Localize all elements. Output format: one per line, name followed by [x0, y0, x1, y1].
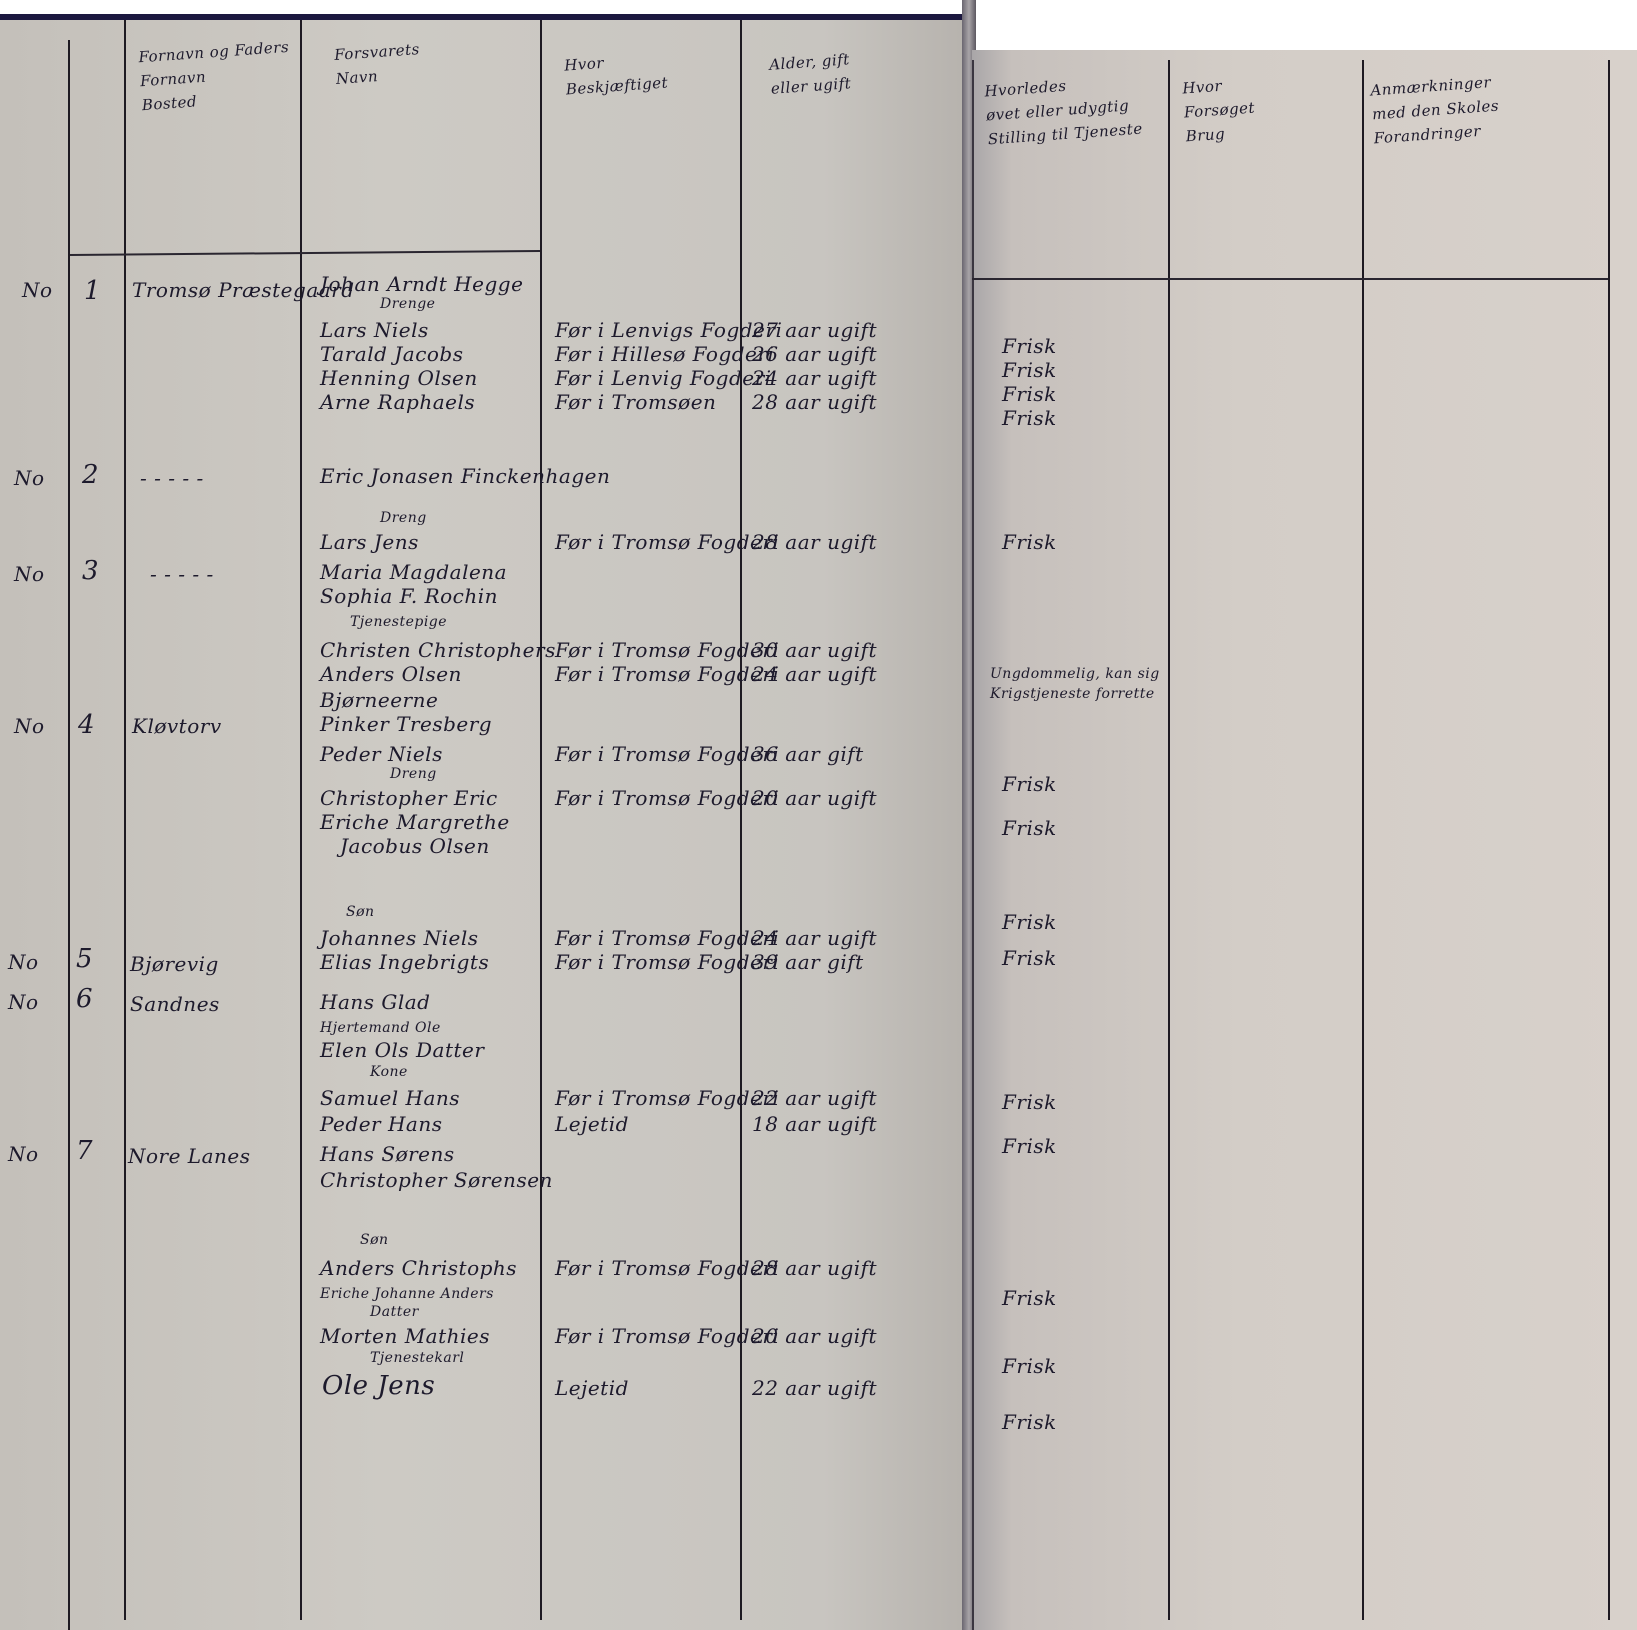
entry-age: 18 aar ugift [752, 1112, 877, 1136]
entry-number: 5 [76, 944, 93, 974]
entry-place: - - - - - [140, 466, 204, 490]
entry-title: Søn [346, 904, 375, 920]
header-age-status: Alder, gift eller ugift [768, 47, 852, 101]
entry-occupation: Før i Tromsø Fogderi [555, 950, 779, 974]
entry-age: 22 aar ugift [752, 1376, 877, 1400]
entry-no-label: No [8, 1142, 39, 1166]
entry-age: 24 aar ugift [752, 926, 877, 950]
header-use: Hvor Forsøget Brug [1182, 72, 1258, 149]
fitness-mark: Frisk [1002, 910, 1057, 934]
column-rule [68, 40, 70, 1630]
entry-title: Datter [370, 1304, 419, 1320]
entry-occupation: Før i Tromsø Fogderi [555, 1324, 779, 1348]
entry-name: Pinker Tresberg [320, 712, 492, 736]
entry-name: Tarald Jacobs [320, 342, 464, 366]
entry-occupation: Før i Hillesø Fogderi [555, 342, 774, 366]
entry-age: 20 aar ugift [752, 786, 877, 810]
fitness-mark: Frisk [1002, 816, 1057, 840]
entry-name: Anders Olsen [320, 662, 462, 686]
entry-age: 20 aar ugift [752, 1324, 877, 1348]
entry-name: Hans Glad [320, 990, 430, 1014]
fitness-mark: Frisk [1002, 1134, 1057, 1158]
entry-name: Eriche Margrethe [320, 810, 510, 834]
fitness-mark: Frisk [1002, 382, 1057, 406]
entry-occupation: Lejetid [555, 1376, 629, 1400]
column-rule [1362, 60, 1364, 1620]
right-ledger-page: Hvorledes øvet eller udygtig Stilling ti… [972, 50, 1637, 1630]
entry-age: 30 aar ugift [752, 638, 877, 662]
entry-name: Bjørneerne [320, 688, 438, 712]
entry-title: Søn [360, 1232, 389, 1248]
entry-name: Lars Niels [320, 318, 429, 342]
fitness-mark: Frisk [1002, 772, 1057, 796]
entry-occupation: Før i Tromsø Fogderi [555, 1256, 779, 1280]
column-rule [972, 60, 974, 1630]
entry-age: 39 aar gift [752, 950, 864, 974]
entry-number: 1 [84, 276, 101, 306]
entry-name: Peder Niels [320, 742, 443, 766]
entry-name: Morten Mathies [320, 1324, 490, 1348]
fitness-mark: Frisk [1002, 1286, 1057, 1310]
entry-age: 27 aar ugift [752, 318, 877, 342]
entry-no-label: No [14, 562, 45, 586]
entry-place: Nore Lanes [128, 1144, 250, 1168]
entry-age: 28 aar ugift [752, 1256, 877, 1280]
fitness-mark: Frisk [1002, 1090, 1057, 1114]
entry-title: Tjenestepige [350, 614, 447, 630]
entry-name: Henning Olsen [320, 366, 478, 390]
entry-name: Sophia F. Rochin [320, 584, 498, 608]
entry-name: Lars Jens [320, 530, 419, 554]
entry-number: 2 [82, 460, 99, 490]
entry-no-label: No [14, 714, 45, 738]
entry-title: Dreng [390, 766, 437, 782]
fitness-mark: Frisk [1002, 334, 1057, 358]
entry-number: 3 [82, 556, 99, 586]
fitness-note: Ungdommelig, kan sig Krigstjeneste forre… [990, 664, 1160, 704]
entry-age: 28 aar ugift [752, 390, 877, 414]
entry-no-label: No [8, 990, 39, 1014]
entry-no-label: No [8, 950, 39, 974]
entry-title: Tjenestekarl [370, 1350, 464, 1366]
fitness-mark: Frisk [1002, 530, 1057, 554]
entry-occupation: Før i Lenvig Fogderi [555, 366, 772, 390]
entry-occupation: Før i Tromsø Fogderi [555, 530, 779, 554]
left-ledger-page: Fornavn og Faders Fornavn Bosted Forsvar… [0, 14, 968, 1630]
entry-name: Johannes Niels [320, 926, 478, 950]
header-fitness: Hvorledes øvet eller udygtig Stilling ti… [984, 69, 1144, 152]
entry-place: Sandnes [130, 992, 220, 1016]
entry-name: Elias Ingebrigts [320, 950, 489, 974]
entry-place: - - - - - [150, 562, 214, 586]
header-name: Forsvarets Navn [333, 37, 422, 91]
entry-name: Peder Hans [320, 1112, 442, 1136]
entry-occupation: Før i Tromsø Fogderi [555, 786, 779, 810]
column-rule [124, 20, 126, 1620]
entry-occupation: Før i Tromsø Fogderi [555, 638, 779, 662]
entry-name: Ole Jens [322, 1374, 435, 1398]
column-rule [740, 20, 742, 1620]
entry-occupation: Før i Tromsøen [555, 390, 716, 414]
entry-place: Bjørevig [130, 952, 219, 976]
entry-title: Dreng [380, 510, 427, 526]
entry-title: Kone [370, 1064, 408, 1080]
entry-age: 24 aar ugift [752, 366, 877, 390]
entry-age: 24 aar ugift [752, 662, 877, 686]
column-rule [1168, 60, 1170, 1620]
entry-name: Hjertemand Ole [320, 1016, 441, 1040]
entry-name: Jacobus Olsen [340, 834, 490, 858]
fitness-mark: Frisk [1002, 1354, 1057, 1378]
entry-occupation: Før i Tromsø Fogderi [555, 926, 779, 950]
entry-name: Arne Raphaels [320, 390, 475, 414]
header-rule [70, 250, 540, 256]
entry-name: Samuel Hans [320, 1086, 460, 1110]
column-rule [1608, 60, 1610, 1620]
column-rule [300, 20, 302, 1620]
entry-name: Christopher Eric [320, 786, 498, 810]
fitness-mark: Frisk [1002, 1410, 1057, 1434]
column-rule [540, 20, 542, 1620]
entry-age: 26 aar ugift [752, 342, 877, 366]
entry-title: Drenge [380, 296, 435, 312]
fitness-mark: Frisk [1002, 406, 1057, 430]
header-residence: Fornavn og Faders Fornavn Bosted [138, 35, 294, 117]
header-occupation: Hvor Beskjæftiget [563, 46, 668, 101]
entry-place: Kløvtorv [132, 714, 222, 738]
fitness-mark: Frisk [1002, 946, 1057, 970]
entry-age: 36 aar gift [752, 742, 864, 766]
entry-occupation: Lejetid [555, 1112, 629, 1136]
entry-name: Christopher Sørensen [320, 1168, 553, 1192]
entry-name: Christen Christophers [320, 638, 556, 662]
entry-occupation: Før i Tromsø Fogderi [555, 742, 779, 766]
entry-name: Elen Ols Datter [320, 1038, 484, 1062]
header-rule [972, 278, 1608, 280]
entry-no-label: No [14, 466, 45, 490]
entry-occupation: Før i Lenvigs Fogderi [555, 318, 782, 342]
entry-number: 7 [76, 1136, 93, 1166]
fitness-mark: Frisk [1002, 358, 1057, 382]
entry-name: Hans Sørens [320, 1142, 455, 1166]
entry-age: 28 aar ugift [752, 530, 877, 554]
entry-name: Eriche Johanne Anders [320, 1282, 494, 1306]
entry-name: Maria Magdalena [320, 560, 507, 584]
entry-occupation: Før i Tromsø Fogderi [555, 662, 779, 686]
entry-number: 4 [78, 710, 95, 740]
entry-age: 22 aar ugift [752, 1086, 877, 1110]
entry-name: Johan Arndt Hegge [320, 272, 523, 296]
entry-occupation: Før i Tromsø Fogderi [555, 1086, 779, 1110]
header-remarks: Anmærkninger med den Skoles Forandringer [1370, 70, 1502, 151]
entry-no-label: No [22, 278, 53, 302]
entry-name: Eric Jonasen Finckenhagen [320, 464, 610, 488]
entry-name: Anders Christophs [320, 1256, 517, 1280]
entry-number: 6 [76, 984, 93, 1014]
